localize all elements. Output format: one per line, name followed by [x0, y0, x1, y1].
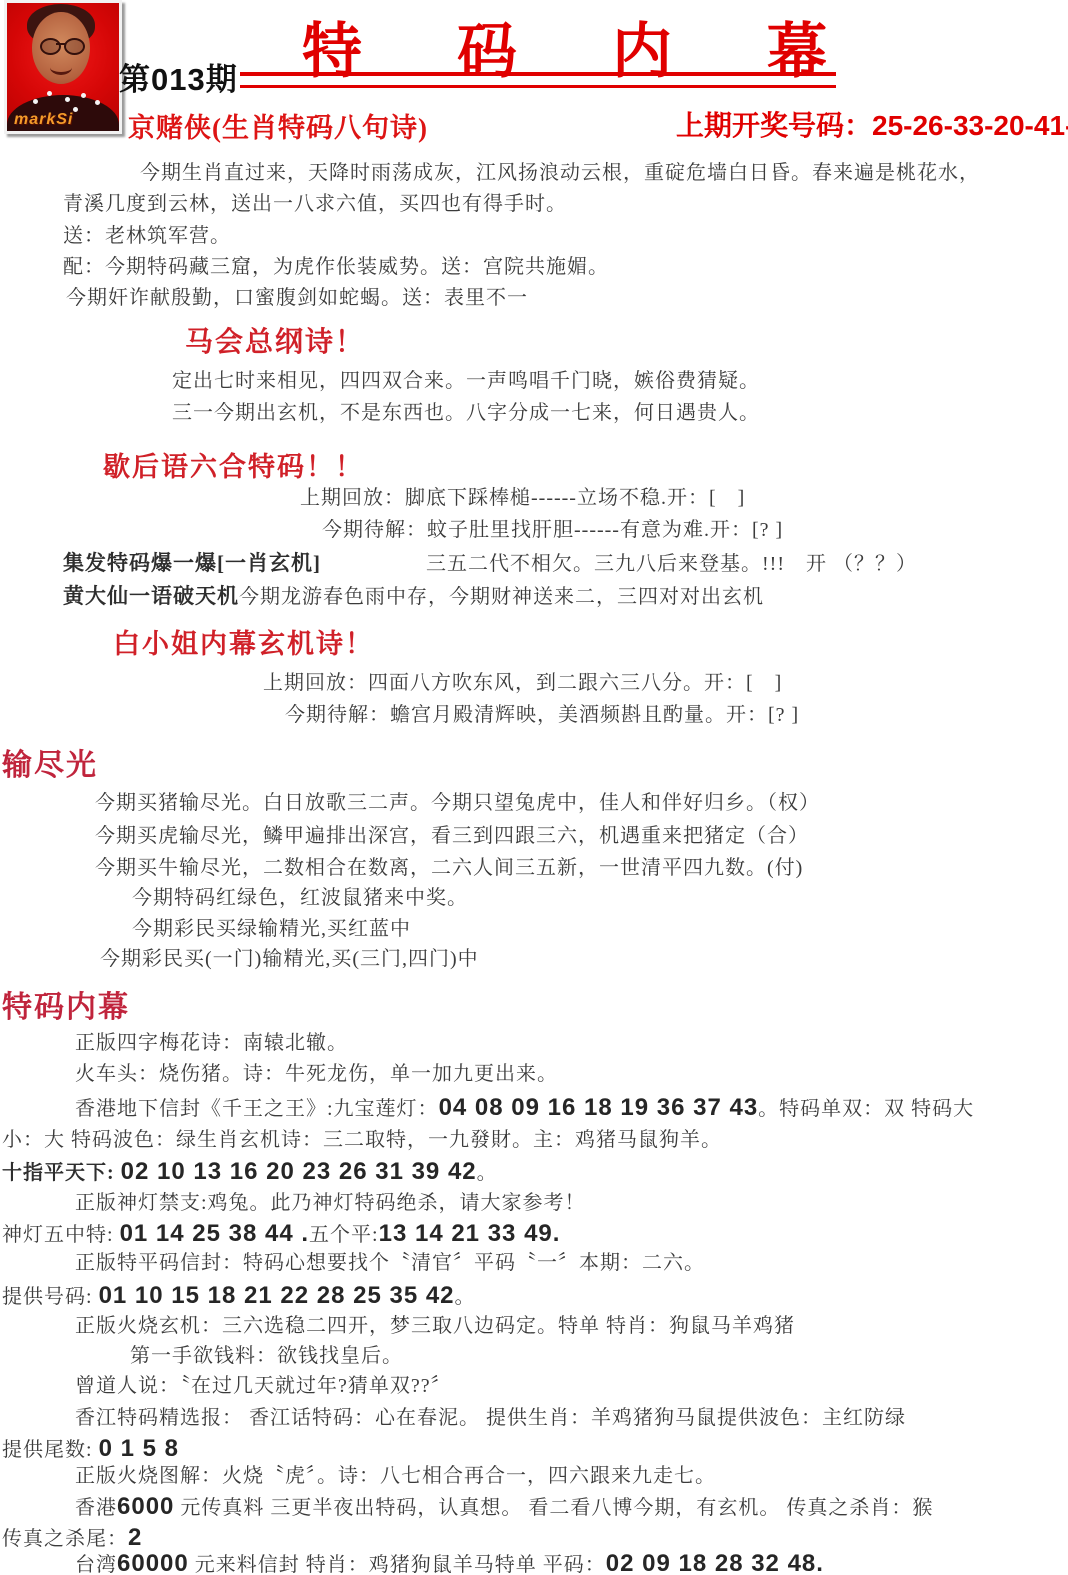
- neimu-text: 香港地下信封《千王之王》:九宝莲灯：: [75, 1098, 439, 1120]
- sparkle-dot: [33, 99, 38, 104]
- shujinguang-line: 今期彩民买(一门)输精光,买(三门,四门)中: [100, 949, 479, 969]
- neimu-text: 。特码单双：双 特码大: [758, 1098, 974, 1120]
- lead-label: 京赌侠(生肖特码八句诗): [128, 106, 428, 145]
- tip-numbers: 60000: [117, 1550, 189, 1575]
- sparkle-dot: [73, 107, 78, 112]
- neimu-line: 正版神灯禁支:鸡兔。此乃神灯特码绝杀，请大家参考！: [75, 1193, 586, 1213]
- neimu-line: 曾道人说：〝在过几天就过年?猜单双??〞: [75, 1376, 452, 1396]
- neimu-line: 正版火烧玄机：三六选稳二四开，梦三取八边码定。特单 特肖：狗鼠马羊鸡猪: [75, 1316, 795, 1336]
- section-heading-mahui: 马会总纲诗！: [185, 320, 365, 360]
- opening-line: 配：今期特码藏三窟，为虎作伥装威势。送：宫院共施媚。: [63, 257, 609, 277]
- xiehouyu-riddle: 三五二代不相欠。三九八后来登基。!!! 开 （？？）: [426, 553, 917, 575]
- shujinguang-line: 今期买虎输尽光，鳞甲遍排出深宫，看三到四跟三六，机遇重来把猪定（合）: [95, 826, 809, 846]
- glasses-bridge: [56, 43, 65, 45]
- neimu-text: 香港: [75, 1497, 117, 1519]
- masthead-photo: markSi: [4, 0, 122, 134]
- shujinguang-line: 今期彩民买绿输精光,买红蓝中: [132, 919, 411, 939]
- baixiaojie-line: 上期回放：四面八方吹东风，到二跟六三八分。开：[ ]: [263, 673, 782, 693]
- glasses-icon: [64, 38, 85, 55]
- section-heading-neimu: 特码内幕: [2, 982, 130, 1026]
- shujinguang-line: 今期买牛输尽光，二数相合在数离，二六人间三五新，一世清平四九数。(付): [95, 858, 803, 878]
- neimu-label: 神灯五中特:: [2, 1224, 120, 1246]
- photo-watermark: markSi: [14, 111, 73, 129]
- last-draw-numbers: 上期开奖号码：25-26-33-20-41-45+11: [676, 104, 1068, 144]
- shujinguang-line: 今期买猪输尽光。白日放歌三二声。今期只望兔虎中，佳人和伴好归乡。（权）: [95, 793, 820, 813]
- neimu-line: 火车头：烧伤猪。诗：牛死龙伤，单一加九更出来。: [75, 1064, 558, 1084]
- neimu-text: 台湾: [75, 1554, 117, 1575]
- tip-numbers: 01 10 15 18 21 22 28 25 35 42: [99, 1282, 455, 1309]
- opening-line: 今期生肖直过来，天降时雨荡成灰，江风扬浪动云根，重碇危墙白日昏。春来遍是桃花水，: [140, 163, 980, 183]
- neimu-label: 十指平天下:: [2, 1162, 121, 1184]
- tipster-name: 黄大仙一语破天机: [63, 584, 239, 608]
- issue-number: 第013期: [119, 54, 238, 99]
- neimu-line: 正版特平码信封：特码心想要找个〝清官〞平码〝一〞本期：二六。: [75, 1253, 705, 1273]
- neimu-line: 台湾60000 元来料信封 特肖：鸡猪狗鼠羊马特单 平码：02 09 18 28…: [75, 1552, 824, 1575]
- section-heading-xiehouyu: 歇后语六合特码！！: [103, 445, 364, 484]
- xiehouyu-line: 上期回放：脚底下踩棒槌------立场不稳.开：[ ]: [300, 488, 745, 508]
- neimu-line: 香江特码精选报： 香江话特码：心在春泥。 提供生肖：羊鸡猪狗马鼠提供波色：主红防…: [75, 1408, 906, 1428]
- neimu-label: 提供尾数:: [2, 1439, 99, 1461]
- neimu-line: 传真之杀尾：2: [2, 1526, 142, 1550]
- neimu-text: 。: [455, 1286, 476, 1308]
- mahui-poem-line: 定出七时来相见，四四双合来。一声鸣唱千门晓，嫉俗费猜疑。: [172, 371, 760, 391]
- neimu-line: 提供号码: 01 10 15 18 21 22 28 25 35 42。: [2, 1284, 476, 1308]
- tip-sheet-page: markSi 第013期 特码内幕 京赌侠(生肖特码八句诗) 上期开奖号码：25…: [0, 0, 1068, 1575]
- neimu-line: 正版四字梅花诗：南辕北辙。: [75, 1033, 348, 1053]
- xiehouyu-line: 今期待解：蚊子肚里找肝胆------有意为难.开：[? ]: [322, 520, 783, 540]
- section-heading-baixiaojie: 白小姐内幕玄机诗！: [113, 622, 374, 661]
- sparkle-dot: [81, 93, 86, 98]
- xiehouyu-line: 黄大仙一语破天机今期龙游春色雨中存，今期财神送来二，三四对对出玄机: [63, 586, 764, 607]
- tip-numbers: 2: [128, 1524, 142, 1551]
- xiehouyu-line: 集发特码爆一爆[一肖玄机]三五二代不相欠。三九八后来登基。!!! 开 （？？）: [63, 553, 917, 574]
- neimu-line: 提供尾数: 0 1 5 8: [2, 1437, 179, 1461]
- mahui-poem-line: 三一今期出玄机，不是东西也。八字分成一七来，何日遇贵人。: [172, 403, 760, 423]
- shujinguang-line: 今期特码红绿色，红波鼠猪来中奖。: [132, 888, 468, 908]
- opening-line: 今期奸诈献殷勤，口蜜腹剑如蛇蝎。送：表里不一: [66, 288, 528, 308]
- tip-numbers: 02 10 13 16 20 23 26 31 39 42: [121, 1158, 477, 1185]
- sparkle-dot: [47, 91, 52, 96]
- neimu-text: 元来料信封 特肖：鸡猪狗鼠羊马特单 平码：: [189, 1554, 606, 1575]
- tip-numbers: 04 08 09 16 18 19 36 37 43: [439, 1094, 759, 1121]
- baixiaojie-line: 今期待解：蟾宫月殿清辉映，美酒频斟且酌量。开：[? ]: [285, 705, 799, 725]
- neimu-line: 正版火烧图解：火烧〝虎〞。诗：八七相合再合一，四六跟来九走七。: [75, 1466, 716, 1486]
- sparkle-dot: [65, 97, 70, 102]
- tipster-name: 集发特码爆一爆[一肖玄机]: [63, 551, 321, 575]
- neimu-text: 。: [477, 1162, 498, 1184]
- sparkle-dot: [95, 100, 100, 105]
- tip-numbers: 0 1 5 8: [99, 1435, 179, 1462]
- tip-numbers: 01 14 25 38 44 .: [120, 1220, 309, 1247]
- xiehouyu-riddle: 今期龙游春色雨中存，今期财神送来二，三四对对出玄机: [239, 586, 764, 608]
- neimu-line: 第一手欲钱料：欲钱找皇后。: [130, 1346, 403, 1366]
- neimu-text: 元传真料 三更半夜出特码，认真想。 看二看八博今期，有玄机。 传真之杀肖：猴: [174, 1497, 933, 1519]
- neimu-label: 传真之杀尾：: [2, 1528, 128, 1550]
- neimu-label: 提供号码:: [2, 1286, 99, 1308]
- neimu-line: 十指平天下: 02 10 13 16 20 23 26 31 39 42。: [2, 1160, 498, 1184]
- neimu-line: 香港6000 元传真料 三更半夜出特码，认真想。 看二看八博今期，有玄机。 传真…: [75, 1495, 933, 1519]
- opening-line: 青溪几度到云林，送出一八求六值，买四也有得手时。: [63, 194, 567, 214]
- title-double-underline: [240, 72, 836, 88]
- photo-face: [32, 12, 90, 84]
- neimu-line: 神灯五中特: 01 14 25 38 44 .五个平:13 14 21 33 4…: [2, 1222, 560, 1246]
- neimu-text: 五个平:: [309, 1224, 379, 1246]
- tip-numbers: 13 14 21 33 49.: [379, 1220, 561, 1247]
- section-heading-shujinguang: 输尽光: [2, 740, 98, 784]
- glasses-icon: [40, 38, 61, 55]
- tip-numbers: 6000: [117, 1493, 174, 1520]
- photo-smile: [50, 60, 72, 75]
- neimu-line: 香港地下信封《千王之王》:九宝莲灯：04 08 09 16 18 19 36 3…: [75, 1096, 974, 1120]
- neimu-line: 小：大 特码波色：绿生肖玄机诗：三二取特，一九發財。主：鸡猪马鼠狗羊。: [2, 1130, 722, 1150]
- tip-numbers: 02 09 18 28 32 48.: [606, 1550, 824, 1575]
- opening-line: 送：老林筑军营。: [63, 226, 231, 246]
